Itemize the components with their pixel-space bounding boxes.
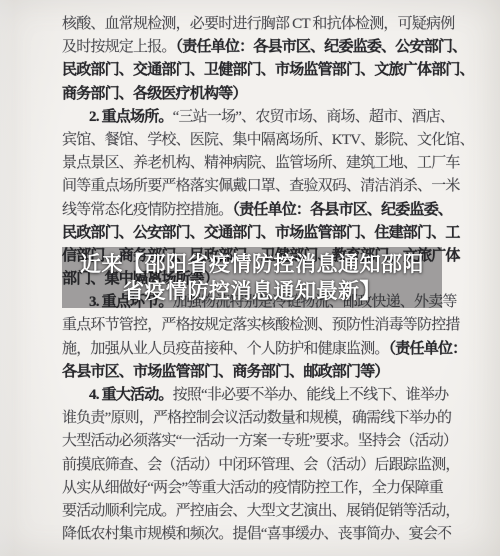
doc-line: 要活动顺利完成。严控庙会、大型文艺演出、展销促销等活动， <box>62 500 444 523</box>
doc-line: 线等常态化疫情防控措施。（责任单位：各县市区、纪委监委、 <box>62 199 444 222</box>
doc-line: 4. 重大活动。按照“非必要不举办、能线上不线下、谁举办 <box>62 384 444 407</box>
doc-segment-bold: （责任单位：各县市区、纪委监委、 <box>232 202 452 218</box>
doc-segment-bold: 4. 重大活动。 <box>89 387 173 403</box>
doc-line: 降低农村集市规模和频次。提倡“喜事缓办、丧事简办、宴会不 <box>62 523 444 546</box>
doc-segment: 线等常态化疫情防控措施。 <box>62 202 232 218</box>
doc-segment: 按照“非必要不举办、能线上不线下、谁举办 <box>173 387 449 403</box>
doc-line: 重点环节管控，严格按规定落实核酸检测、预防性消毒等防控措 <box>62 314 444 337</box>
doc-segment: “三站一场”、农贸市场、商场、超市、酒店、 <box>173 109 455 125</box>
document-photo: 核酸、血常规检测，必要时进行胸部 CT 和抗体检测，可疑病例及时按规定上报。（责… <box>0 0 500 556</box>
doc-line: 宾馆、餐馆、学校、医院、集中隔离场所、KTV、影院、文化馆、 <box>62 129 444 152</box>
doc-segment-bold: 民政部门、公安部门、交通部门、市场监管部门、住建部门、工 <box>62 225 460 241</box>
doc-line: 景点景区、养老机构、精神病院、监管场所、建筑工地、工厂车 <box>62 152 444 175</box>
doc-line: 商务部门、各级医疗机构等） <box>62 83 444 106</box>
doc-segment: 从实从细做好“两会”等重大活动的疫情防控工作，全力保障重 <box>62 480 443 496</box>
doc-segment-bold: 各县市区、市场监管部门、商务部门、邮政部门等） <box>62 364 389 380</box>
doc-line: 及时按规定上报。（责任单位：各县市区、纪委监委、公安部门、 <box>62 36 444 59</box>
doc-line: 各县市区、市场监管部门、商务部门、邮政部门等） <box>62 361 444 384</box>
doc-segment-bold: （责任单位：各县市区、纪委监委、公安部门、 <box>176 39 467 55</box>
doc-segment: 施，加强从业人员疫苗接种、个人防护和健康监测。 <box>62 341 389 357</box>
overlay-title-line-2: 省疫情防控消息通知最新】 <box>123 278 381 305</box>
overlay-title-line-1: 近来【邵阳省疫情防控消息通知邵阳 <box>80 251 424 278</box>
doc-segment: 降低农村集市规模和频次。提倡“喜事缓办、丧事简办、宴会不 <box>62 526 451 542</box>
doc-segment: 宾馆、餐馆、学校、医院、集中隔离场所、KTV、影院、文化馆、 <box>62 132 474 148</box>
doc-segment: 大型活动必须落实“一活动一方案一专班”要求。坚持会（活动） <box>62 433 457 449</box>
doc-line: 民政部门、公安部门、交通部门、市场监管部门、住建部门、工 <box>62 222 444 245</box>
doc-segment: 要活动顺利完成。严控庙会、大型文艺演出、展销促销等活动， <box>62 503 460 519</box>
doc-segment-bold: 商务部门、各级医疗机构等） <box>62 86 247 102</box>
doc-segment-bold: （责任单位： <box>389 341 467 357</box>
doc-line: 间等重点场所要严格落实佩戴口罩、查验双码、清洁消杀、一米 <box>62 175 444 198</box>
doc-line: 谁负责”原则，严格控制会议活动数量和规模，确需线下举办的 <box>62 407 444 430</box>
doc-line: 从实从细做好“两会”等重大活动的疫情防控工作，全力保障重 <box>62 477 444 500</box>
doc-segment: 间等重点场所要严格落实佩戴口罩、查验双码、清洁消杀、一米 <box>62 178 460 194</box>
title-overlay: 近来【邵阳省疫情防控消息通知邵阳 省疫情防控消息通知最新】 <box>62 247 442 308</box>
doc-line: 前摸底筛查、会（活动）中闭环管理、会（活动）后跟踪监测， <box>62 454 444 477</box>
doc-segment-bold: 民政部门、交通部门、卫健部门、市场监管部门、文旅广体部门、 <box>62 62 474 78</box>
doc-line: 施，加强从业人员疫苗接种、个人防护和健康监测。（责任单位： <box>62 338 444 361</box>
doc-segment: 重点环节管控，严格按规定落实核酸检测、预防性消毒等防控措 <box>62 317 460 333</box>
doc-line: 核酸、血常规检测，必要时进行胸部 CT 和抗体检测，可疑病例 <box>62 13 444 36</box>
doc-line: 大型活动必须落实“一活动一方案一专班”要求。坚持会（活动） <box>62 430 444 453</box>
doc-segment-bold: 2. 重点场所。 <box>89 109 173 125</box>
doc-segment: 谁负责”原则，严格控制会议活动数量和规模，确需线下举办的 <box>62 410 451 426</box>
doc-segment: 及时按规定上报。 <box>62 39 176 55</box>
doc-segment: 前摸底筛查、会（活动）中闭环管理、会（活动）后跟踪监测， <box>62 457 460 473</box>
doc-line: 2. 重点场所。“三站一场”、农贸市场、商场、超市、酒店、 <box>62 106 444 129</box>
doc-line: 民政部门、交通部门、卫健部门、市场监管部门、文旅广体部门、 <box>62 59 444 82</box>
doc-segment: 核酸、血常规检测，必要时进行胸部 CT 和抗体检测，可疑病例 <box>62 16 454 32</box>
doc-segment: 景点景区、养老机构、精神病院、监管场所、建筑工地、工厂车 <box>62 155 460 171</box>
